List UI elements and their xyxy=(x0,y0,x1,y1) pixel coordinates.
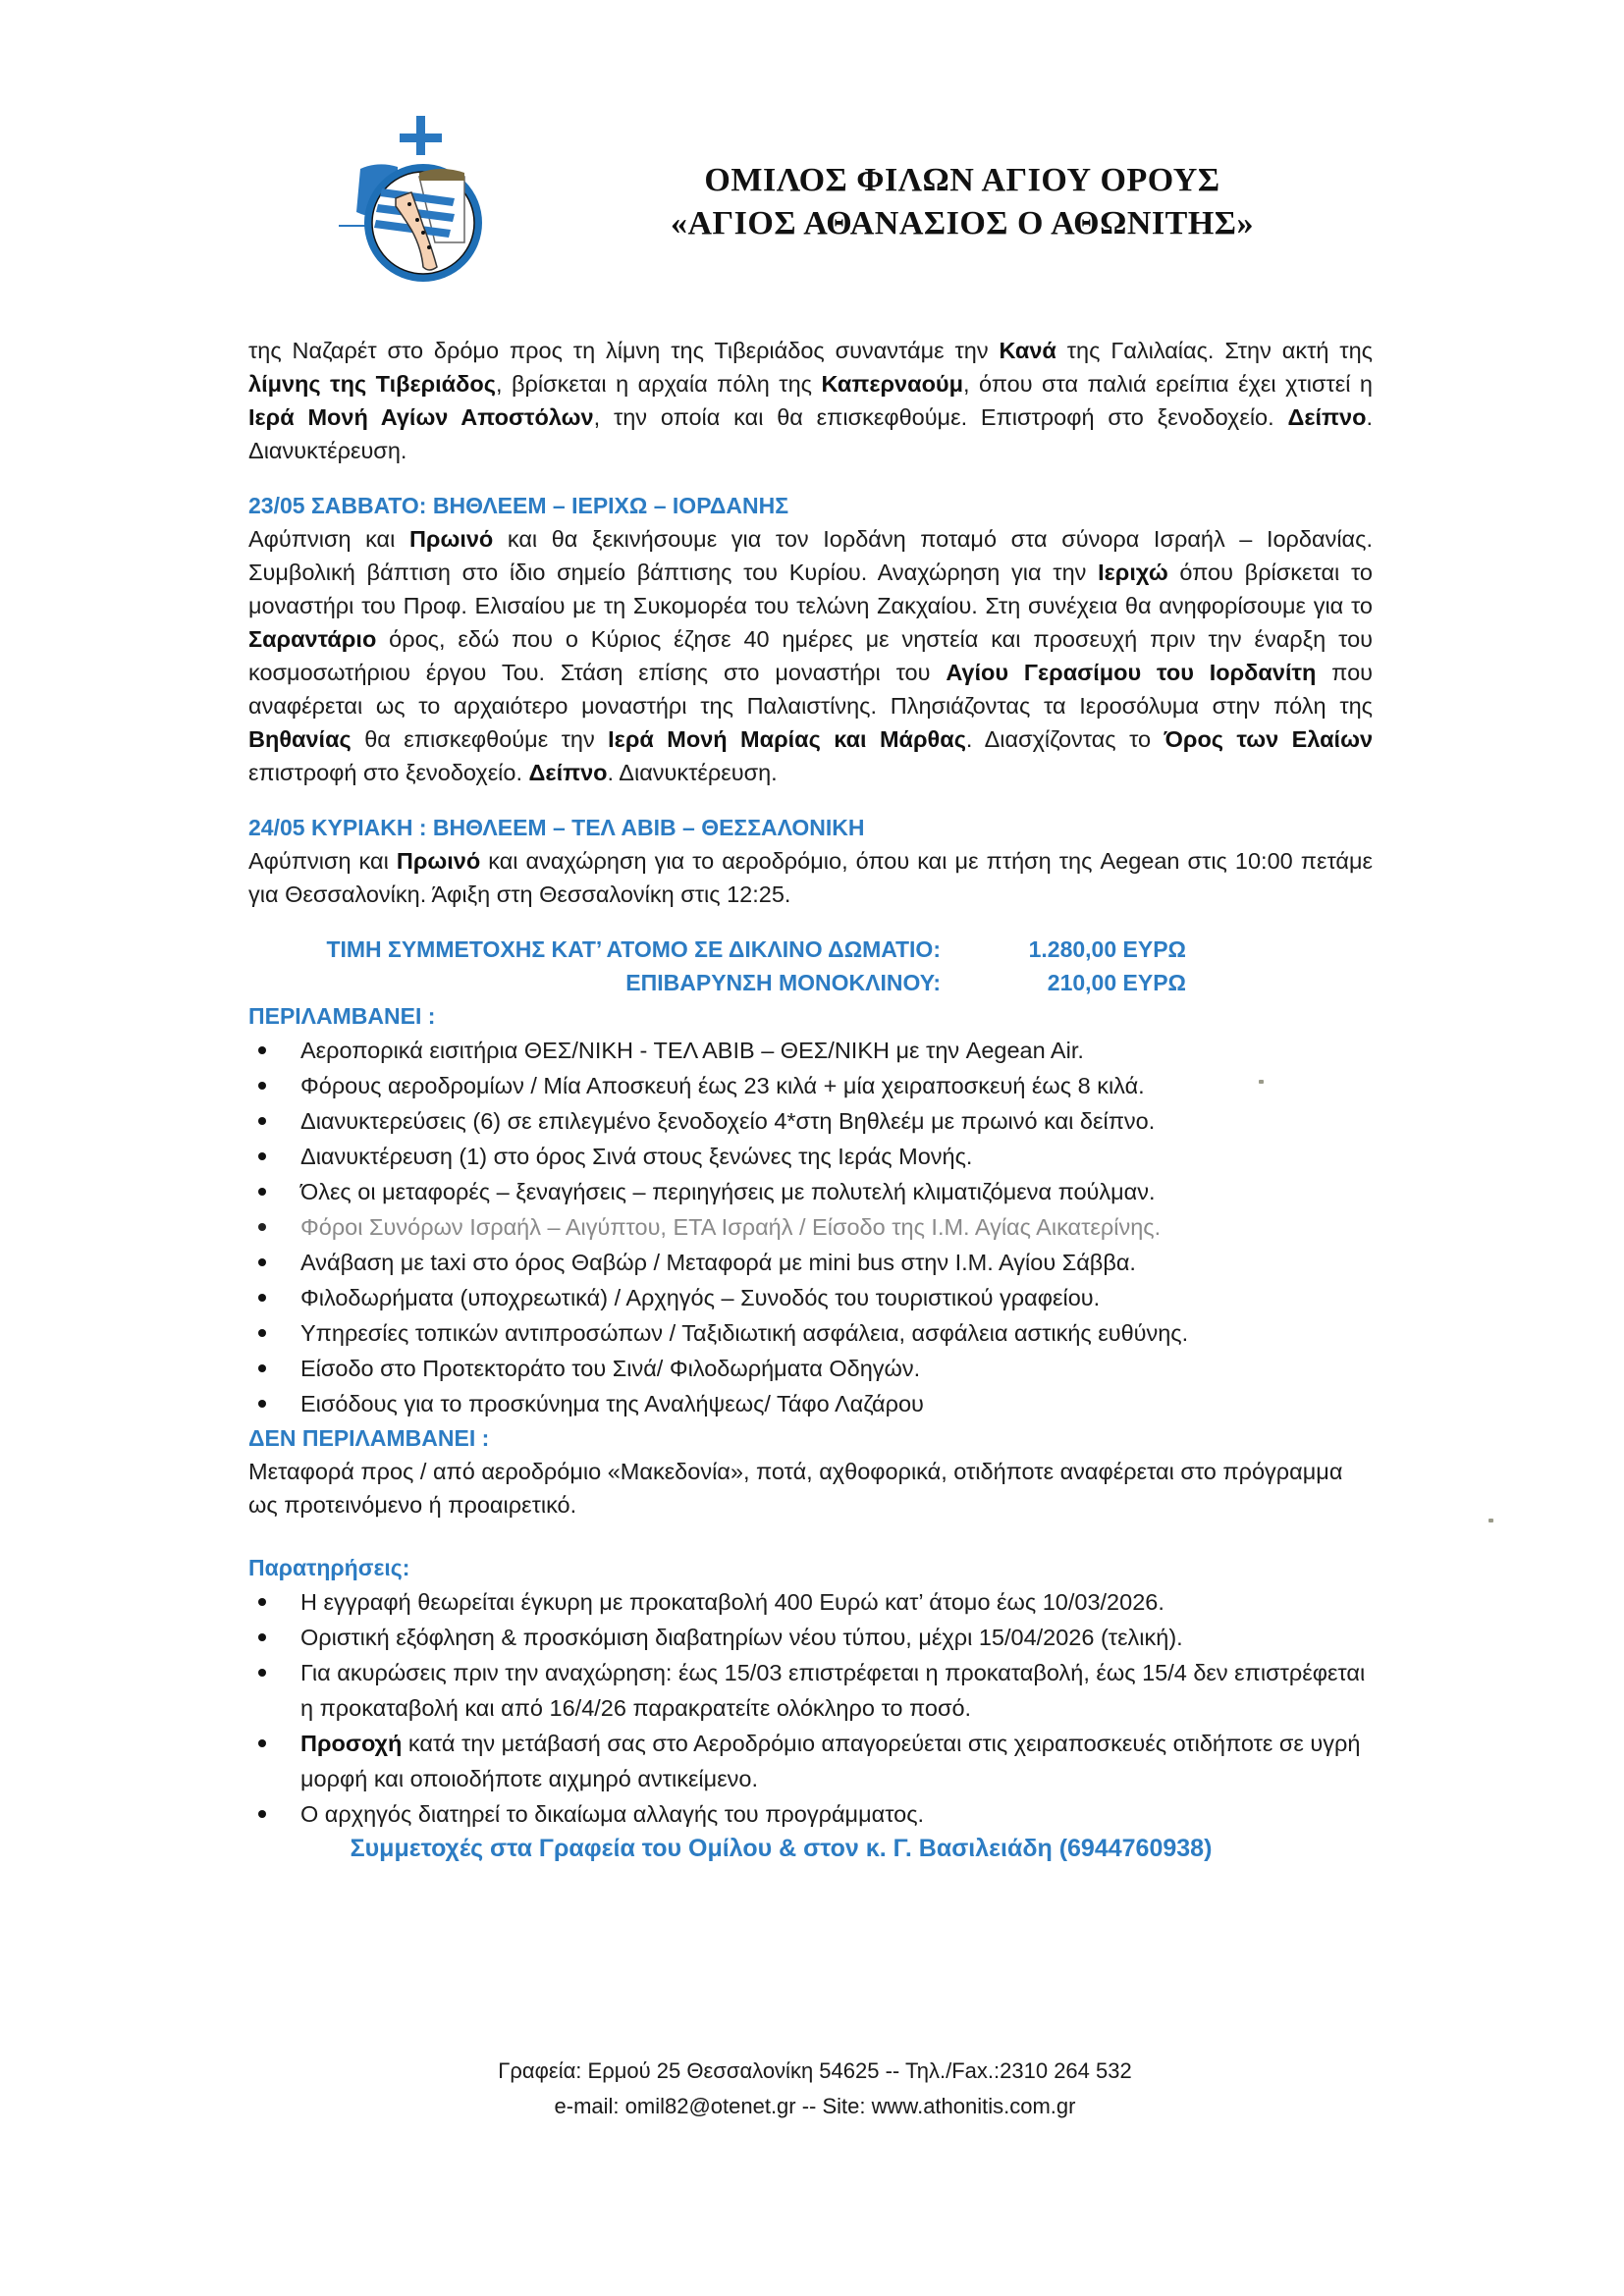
bold-text: Αγίου Γερασίμου του Ιορδανίτη xyxy=(946,660,1316,685)
notes-heading: Παρατηρήσεις: xyxy=(248,1551,1373,1584)
list-item: Οριστική εξόφληση & προσκόμιση διαβατηρί… xyxy=(248,1620,1373,1655)
organization-name: ΟΜΙΛΟΣ ΦΙΛΩΝ ΑΓΙΟΥ ΟΡΟΥΣ xyxy=(609,159,1316,202)
organization-subtitle: «ΑΓΙΟΣ ΑΘΑΝΑΣΙΟΣ Ο ΑΘΩΝΙΤΗΣ» xyxy=(609,202,1316,245)
price-value: 1.280,00 ΕΥΡΩ xyxy=(941,933,1186,966)
excludes-text: Μεταφορά προς / από αεροδρόμιο «Μακεδονί… xyxy=(248,1455,1373,1522)
bold-text: Καπερναούμ xyxy=(821,371,963,397)
list-item: Υπηρεσίες τοπικών αντιπροσώπων / Ταξιδιω… xyxy=(248,1315,1373,1351)
includes-heading: ΠΕΡΙΛΑΜΒΑΝΕΙ : xyxy=(248,999,1373,1033)
footer-address: Γραφεία: Ερμού 25 Θεσσαλονίκη 54625 -- Τ… xyxy=(373,2054,1257,2089)
bold-text: Πρωινό xyxy=(397,848,480,874)
list-item: Φόροι Συνόρων Ισραήλ – Αιγύπτου, ΕΤΑ Ισρ… xyxy=(248,1209,1373,1245)
price-row-single-supplement: ΕΠΙΒΑΡΥΝΣΗ ΜΟΝΟΚΛΙΝΟΥ: 210,00 ΕΥΡΩ xyxy=(248,966,1373,999)
bold-text: Ιεριχώ xyxy=(1098,560,1168,585)
bold-text: Δείπνο xyxy=(529,760,608,785)
price-label: ΤΙΜΗ ΣΥΜΜΕΤΟΧΗΣ ΚΑΤ’ ΑΤΟΜΟ ΣΕ ΔΙΚΛΙΝΟ ΔΩ… xyxy=(248,933,941,966)
list-item: Ο αρχηγός διατηρεί το δικαίωμα αλλαγής τ… xyxy=(248,1796,1373,1832)
day-heading: 23/05 ΣΑΒΒΑΤΟ: ΒΗΘΛΕΕΜ – ΙΕΡΙΧΩ – ΙΟΡΔΑΝ… xyxy=(248,489,1373,522)
athonitis-logo-icon xyxy=(339,110,506,292)
bold-text: Βηθανίας xyxy=(248,726,352,752)
bold-text: Προσοχή xyxy=(300,1731,402,1756)
bold-text: Σαραντάριο xyxy=(248,626,376,652)
list-item: Είσοδο στο Προτεκτοράτο του Σινά/ Φιλοδω… xyxy=(248,1351,1373,1386)
bold-text: Ιερά Μονή Μαρίας και Μάρθας xyxy=(608,726,966,752)
organization-title: ΟΜΙΛΟΣ ΦΙΛΩΝ ΑΓΙΟΥ ΟΡΟΥΣ «ΑΓΙΟΣ ΑΘΑΝΑΣΙΟ… xyxy=(609,159,1316,245)
day-heading: 24/05 ΚΥΡΙΑΚΗ : ΒΗΘΛΕΕΜ – ΤΕΛ ΑΒΙΒ – ΘΕΣ… xyxy=(248,811,1373,844)
bold-text: Ιερά Μονή Αγίων Αποστόλων xyxy=(248,404,594,430)
footer-contact: e-mail: omil82@otenet.gr -- Site: www.at… xyxy=(373,2089,1257,2124)
notes-list: Η εγγραφή θεωρείται έγκυρη με προκαταβολ… xyxy=(248,1584,1373,1832)
bold-text: Κανά xyxy=(999,338,1056,363)
scan-speck xyxy=(1259,1080,1264,1084)
bold-text: Δείπνο xyxy=(1287,404,1366,430)
list-item: Για ακυρώσεις πριν την αναχώρηση: έως 15… xyxy=(248,1655,1373,1726)
price-value: 210,00 ΕΥΡΩ xyxy=(941,966,1186,999)
day-description: Αφύπνιση και Πρωινό και θα ξεκινήσουμε γ… xyxy=(248,522,1373,789)
price-table: ΤΙΜΗ ΣΥΜΜΕΤΟΧΗΣ ΚΑΤ’ ΑΤΟΜΟ ΣΕ ΔΙΚΛΙΝΟ ΔΩ… xyxy=(248,933,1373,999)
intro-paragraph: της Ναζαρέτ στο δρόμο προς τη λίμνη της … xyxy=(248,334,1373,467)
list-item: Φόρους αεροδρομίων / Μία Αποσκευή έως 23… xyxy=(248,1068,1373,1103)
list-item: Αεροπορικά εισιτήρια ΘΕΣ/ΝΙΚΗ - ΤΕΛ ΑΒΙΒ… xyxy=(248,1033,1373,1068)
footer: Γραφεία: Ερμού 25 Θεσσαλονίκη 54625 -- Τ… xyxy=(373,2054,1257,2124)
list-item: Διανυκτέρευση (1) στο όρος Σινά στους ξε… xyxy=(248,1139,1373,1174)
list-item: Εισόδους για το προσκύνημα της Αναλήψεως… xyxy=(248,1386,1373,1421)
list-item: Διανυκτερεύσεις (6) σε επιλεγμένο ξενοδο… xyxy=(248,1103,1373,1139)
includes-list: Αεροπορικά εισιτήρια ΘΕΣ/ΝΙΚΗ - ΤΕΛ ΑΒΙΒ… xyxy=(248,1033,1373,1421)
day-description: Αφύπνιση και Πρωινό και αναχώρηση για το… xyxy=(248,844,1373,911)
registration-contact: Συμμετοχές στα Γραφεία του Ομίλου & στον… xyxy=(248,1832,1373,1865)
bold-text: Όρος των Ελαίων xyxy=(1164,726,1373,752)
list-item: Όλες οι μεταφορές – ξεναγήσεις – περιηγή… xyxy=(248,1174,1373,1209)
list-item: Φιλοδωρήματα (υποχρεωτικά) / Αρχηγός – Σ… xyxy=(248,1280,1373,1315)
scan-speck xyxy=(1489,1519,1493,1522)
bold-text: Πρωινό xyxy=(409,526,493,552)
price-label: ΕΠΙΒΑΡΥΝΣΗ ΜΟΝΟΚΛΙΝΟΥ: xyxy=(248,966,941,999)
list-item: Προσοχή κατά την μετάβασή σας στο Αεροδρ… xyxy=(248,1726,1373,1796)
list-item: Ανάβαση με taxi στο όρος Θαβώρ / Μεταφορ… xyxy=(248,1245,1373,1280)
price-row-double: ΤΙΜΗ ΣΥΜΜΕΤΟΧΗΣ ΚΑΤ’ ΑΤΟΜΟ ΣΕ ΔΙΚΛΙΝΟ ΔΩ… xyxy=(248,933,1373,966)
bold-text: λίμνης της Τιβεριάδος xyxy=(248,371,496,397)
list-item: Η εγγραφή θεωρείται έγκυρη με προκαταβολ… xyxy=(248,1584,1373,1620)
excludes-heading: ΔΕΝ ΠΕΡΙΛΑΜΒΑΝΕΙ : xyxy=(248,1421,1373,1455)
itinerary-content: της Ναζαρέτ στο δρόμο προς τη λίμνη της … xyxy=(248,334,1373,1865)
